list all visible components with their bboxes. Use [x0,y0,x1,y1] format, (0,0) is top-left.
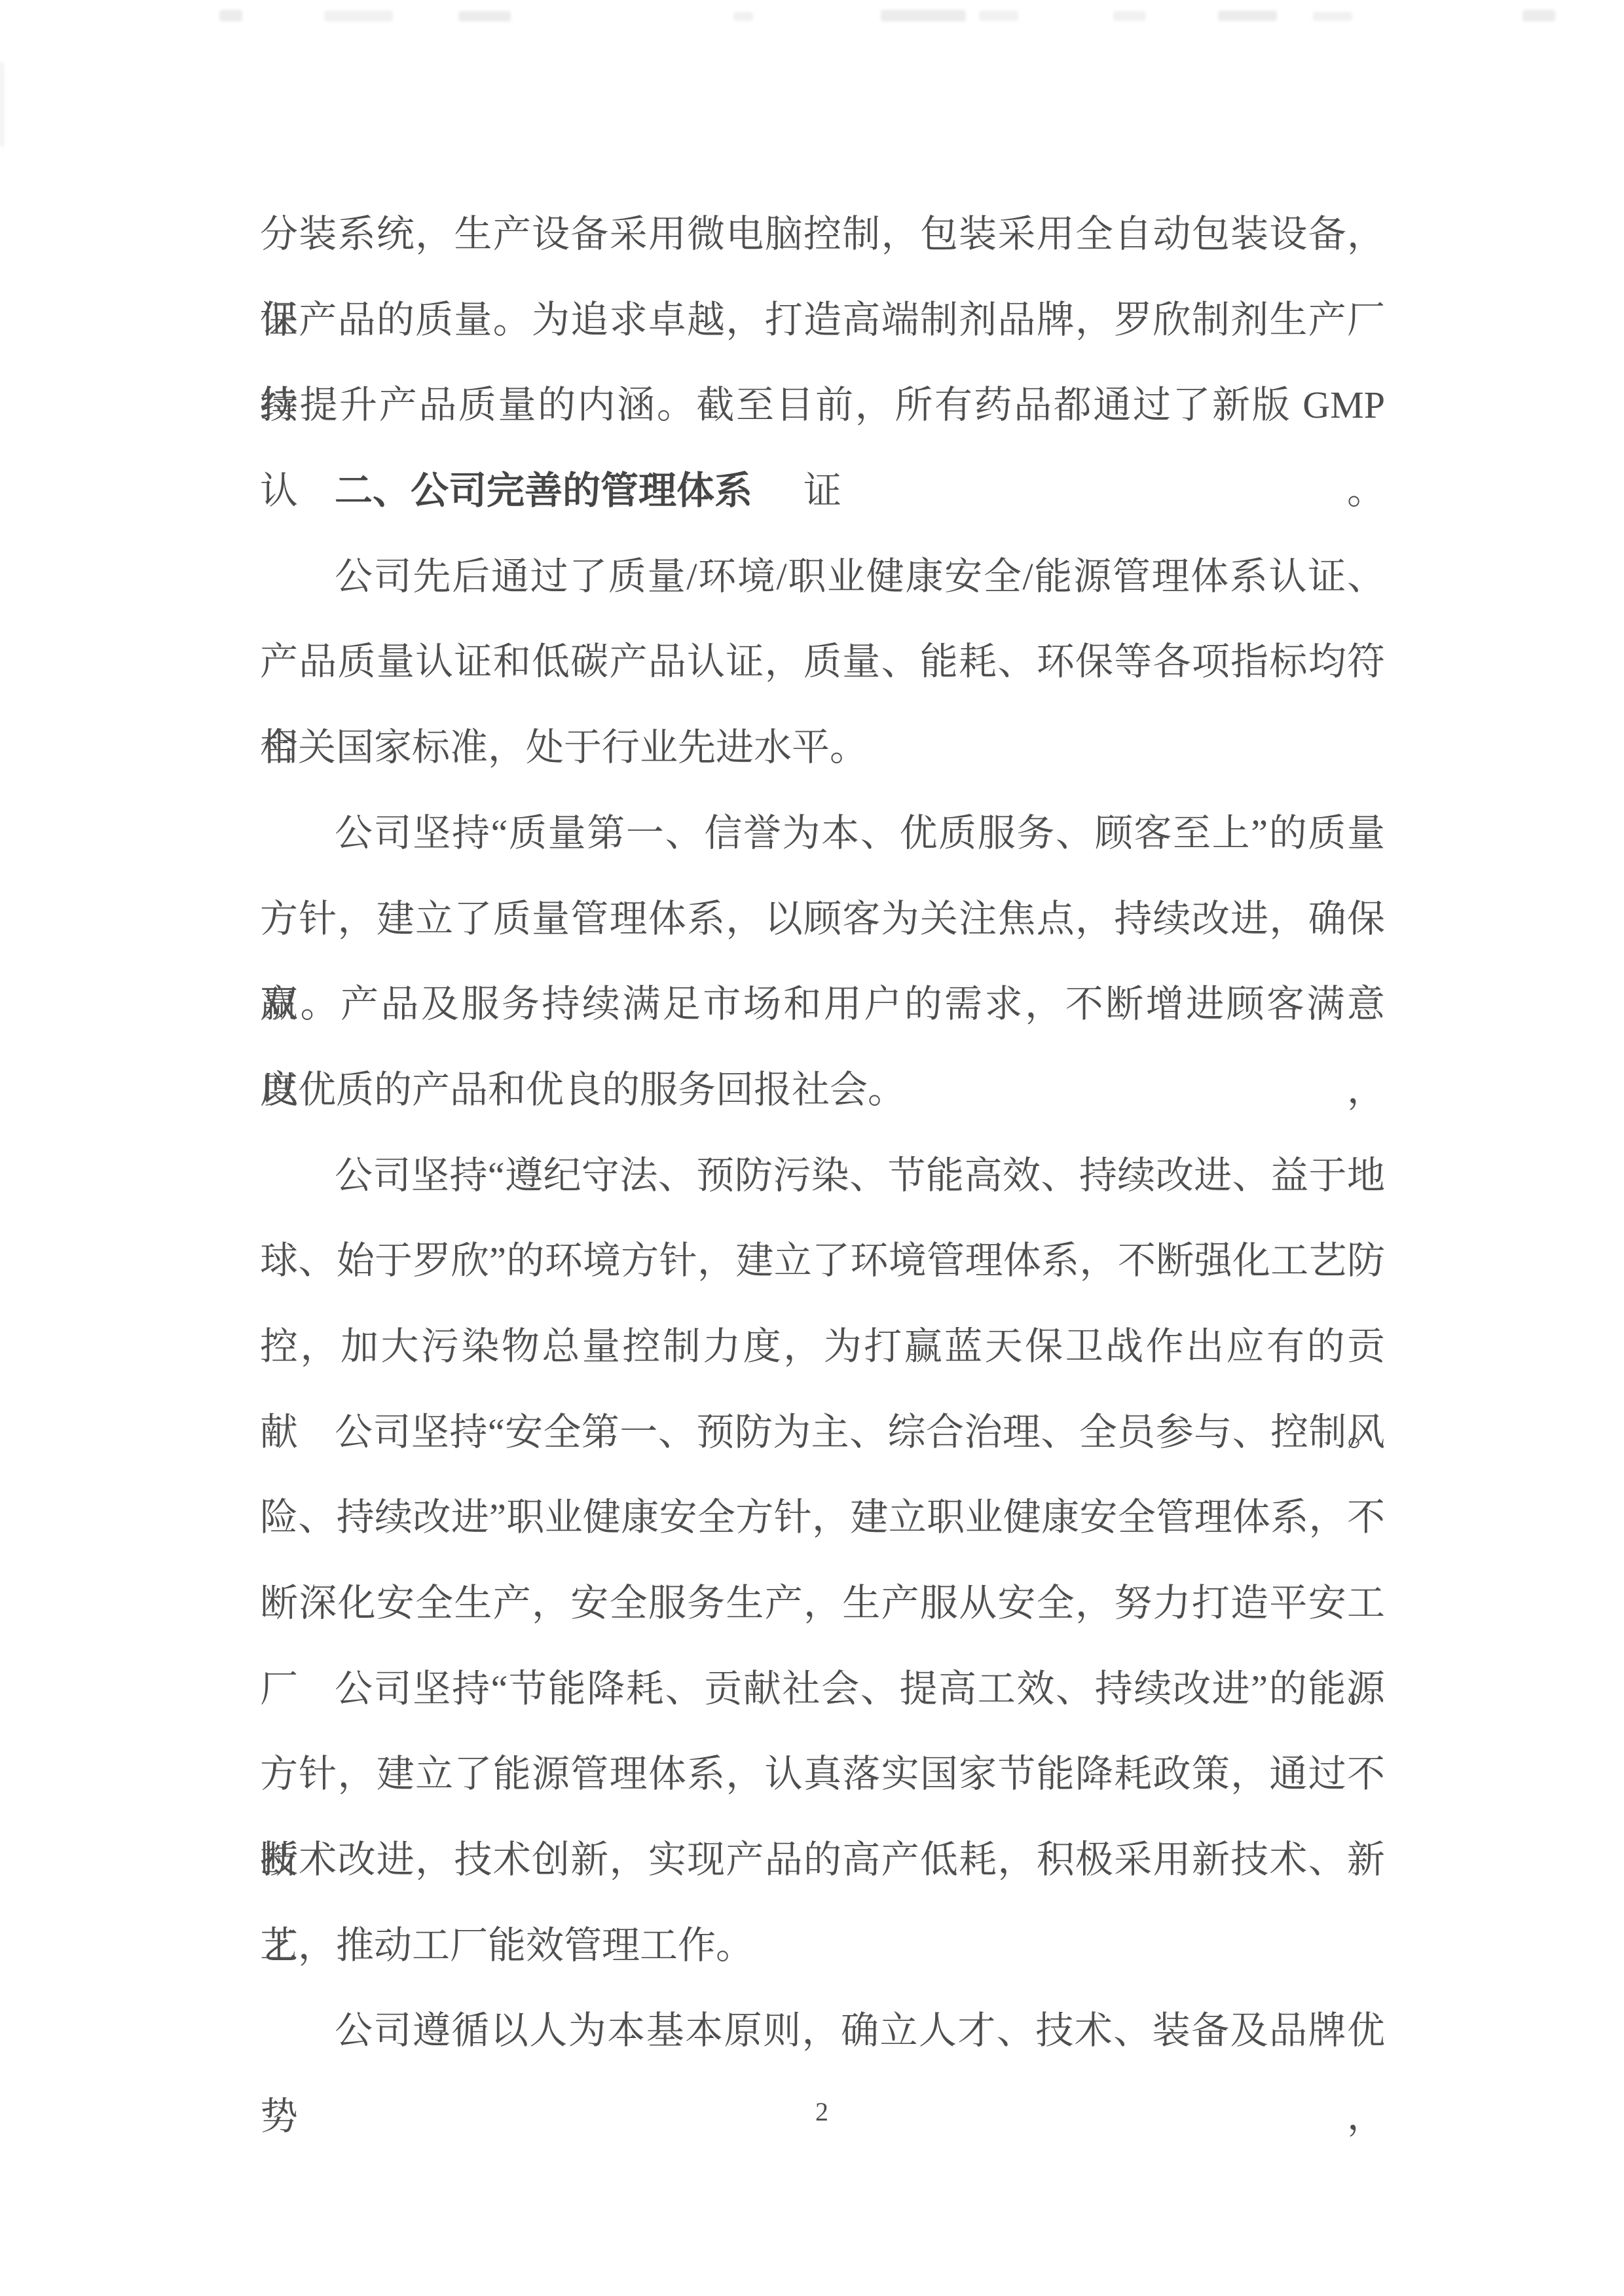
scan-artifact [324,10,393,22]
text-line: 相关国家标准，处于行业先进水平。 [260,705,1385,791]
page-number: 2 [10,2098,1624,2126]
text-line: 方针，建立了能源管理体系，认真落实国家节能降耗政策，通过不断 [260,1732,1385,1817]
text-line: 公司坚持“节能降耗、贡献社会、提高工效、持续改进”的能源 [260,1647,1385,1732]
text-line: 分装系统，生产设备采用微电脑控制，包装采用全自动包装设备，保 [260,192,1385,278]
scan-artifact [1218,10,1277,21]
text-line: 续提升产品质量的内涵。截至目前，所有药品都通过了新版 GMP 认证。 [260,363,1385,448]
scan-artifact [733,12,753,21]
text-line: 方针，建立了质量管理体系，以顾客为关注焦点，持续改进，确保双 [260,877,1385,962]
text-line: 断深化安全生产，安全服务生产，生产服从安全，努力打造平安工厂。 [260,1561,1385,1647]
text-line: 公司先后通过了质量/环境/职业健康安全/能源管理体系认证、 [260,534,1385,620]
text-line: 险、持续改进”职业健康安全方针，建立职业健康安全管理体系，不 [260,1475,1385,1561]
text-line: 技术改进，技术创新，实现产品的高产低耗，积极采用新技术、新工 [260,1817,1385,1903]
text-line: 赢。产品及服务持续满足市场和用户的需求，不断增进顾客满意度， [260,962,1385,1048]
text-line: 球、始于罗欣”的环境方针，建立了环境管理体系，不断强化工艺防 [260,1218,1385,1304]
scan-artifact [881,10,966,22]
document-body: 分装系统，生产设备采用微电脑控制，包装采用全自动包装设备，保证产品的质量。为追求… [260,192,1385,2074]
scan-artifact [0,62,4,147]
text-line: 证产品的质量。为追求卓越，打造高端制剂品牌，罗欣制剂生产厂持 [260,278,1385,363]
scan-artifact [979,10,1018,21]
text-line: 艺，推动工厂能效管理工作。 [260,1903,1385,1989]
text-line: 公司坚持“安全第一、预防为主、综合治理、全员参与、控制风 [260,1390,1385,1476]
scan-artifact [1113,11,1146,21]
scan-artifact [458,11,511,22]
text-line: 控，加大污染物总量控制力度，为打赢蓝天保卫战作出应有的贡献。 [260,1304,1385,1390]
text-line: 产品质量认证和低碳产品认证，质量、能耗、环保等各项指标均符合 [260,619,1385,705]
scan-artifact [1313,12,1352,21]
scan-artifact [1522,10,1555,22]
text-line: 公司坚持“遵纪守法、预防污染、节能高效、持续改进、益于地 [260,1133,1385,1219]
document-page: 分装系统，生产设备采用微电脑控制，包装采用全自动包装设备，保证产品的质量。为追求… [0,0,1624,2296]
scan-artifact [219,10,242,22]
text-line: 公司遵循以人为本基本原则，确立人才、技术、装备及品牌优势， [260,1988,1385,2074]
text-line: 公司坚持“质量第一、信誉为本、优质服务、顾客至上”的质量 [260,791,1385,877]
